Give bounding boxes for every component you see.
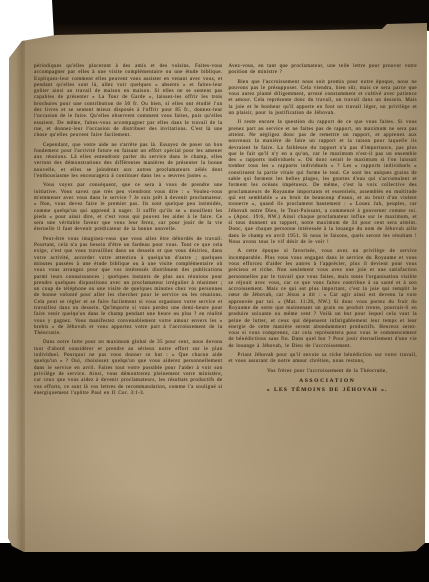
paragraph: Il reste encore la question du rapport d… [229, 120, 418, 246]
paragraph: Cependant, que votre aide ne s'arrête pa… [34, 143, 223, 181]
paragraph: Peut-être vous imaginez-vous que vous al… [34, 237, 223, 338]
paragraph: A cette époque si favorisée, vous avez u… [229, 249, 418, 350]
photograph-of-letter: périodiques qu'elles placeront à des ami… [0, 0, 429, 582]
association-title: « LES TÉMOINS DE JÉHOVAH ». [229, 387, 418, 393]
paper-left-crease [8, 35, 25, 552]
paragraph: périodiques qu'elles placeront à des ami… [34, 64, 223, 140]
document-page: périodiques qu'elles placeront à des ami… [0, 0, 429, 582]
paragraph: Priant Jéhovah pour qu'il envoie sa rich… [229, 353, 418, 366]
paragraph: Vous voyez par conséquent, que ce sera à… [34, 183, 223, 233]
right-column: Avez-vous, en tant que proclamateur, une… [229, 64, 418, 400]
paragraph: Dans notre lutte pour un maximum global … [34, 340, 223, 397]
paragraph: Bien que l'accroissement nous soit promi… [229, 80, 418, 118]
paragraph: Avez-vous, en tant que proclamateur, une… [229, 64, 418, 77]
signature-line: Vos frères pour l'accroissement de la Th… [229, 369, 418, 375]
page-text: périodiques qu'elles placeront à des ami… [34, 64, 417, 400]
left-column: périodiques qu'elles placeront à des ami… [34, 64, 223, 400]
association-name: ASSOCIATION [229, 378, 418, 384]
